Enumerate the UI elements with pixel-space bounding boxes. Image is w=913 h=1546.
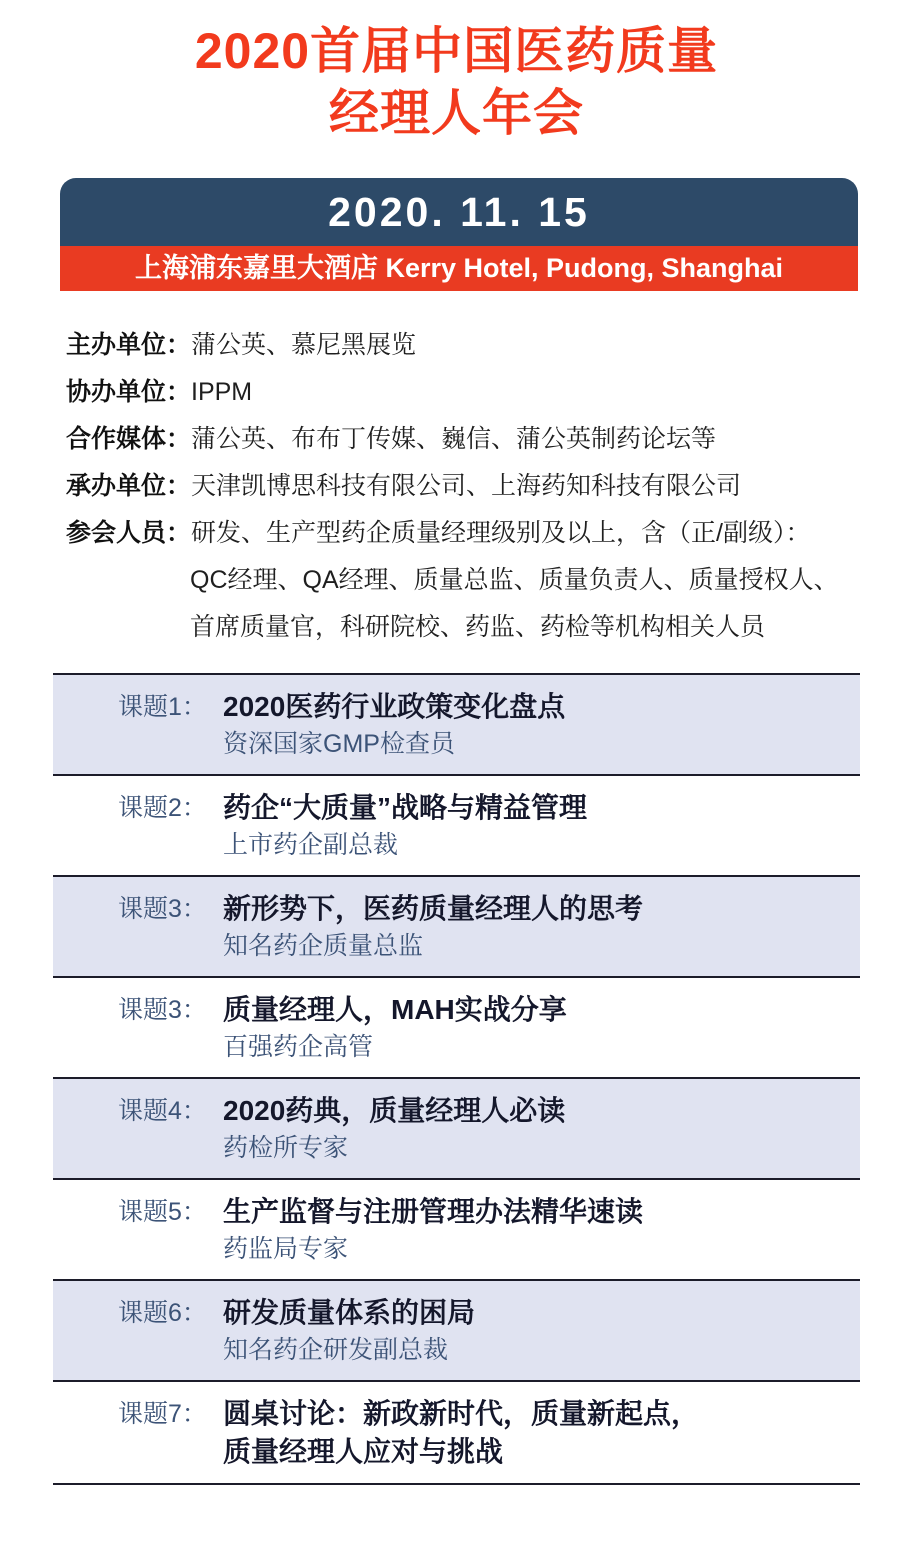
topic-title-line-2: 质量经理人应对与挑战 <box>223 1433 699 1471</box>
info-label-cohost: 协办单位： <box>66 369 191 416</box>
topic-row-3: 课题3： 新形势下，医药质量经理人的思考 知名药企质量总监 <box>53 875 860 976</box>
page-title-line-1: 2020首届中国医药质量 <box>0 20 913 82</box>
topic-title: 生产监督与注册管理办法精华速读 <box>223 1193 643 1231</box>
topic-row-8: 课题7： 圆桌讨论：新政新时代，质量新起点， 质量经理人应对与挑战 <box>53 1380 860 1483</box>
topic-title: 质量经理人，MAH实战分享 <box>223 991 567 1029</box>
info-value-participants-3: 首席质量官，科研院校、药监、药检等机构相关人员 <box>190 604 765 651</box>
topic-list: 课题1： 2020医药行业政策变化盘点 资深国家GMP检查员 课题2： 药企“大… <box>53 673 860 1485</box>
info-line-host: 主办单位： 蒲公英、慕尼黑展览 <box>66 322 866 369</box>
topic-label: 课题4： <box>118 1092 223 1130</box>
info-value-host: 蒲公英、慕尼黑展览 <box>191 322 416 369</box>
topic-inner: 课题2： 药企“大质量”战略与精益管理 上市药企副总裁 <box>118 789 587 863</box>
info-label-media: 合作媒体： <box>66 416 191 463</box>
topic-inner: 课题1： 2020医药行业政策变化盘点 资深国家GMP检查员 <box>118 688 565 762</box>
topic-speaker: 上市药企副总裁 <box>223 827 587 863</box>
topic-label: 课题2： <box>118 789 223 827</box>
topic-body: 2020医药行业政策变化盘点 资深国家GMP检查员 <box>223 688 565 762</box>
topic-row-7: 课题6： 研发质量体系的困局 知名药企研发副总裁 <box>53 1279 860 1380</box>
event-banner: 2020. 11. 15 上海浦东嘉里大酒店 Kerry Hotel, Pudo… <box>60 178 858 291</box>
topic-inner: 课题3： 质量经理人，MAH实战分享 百强药企高管 <box>118 991 567 1065</box>
conference-poster: 2020首届中国医药质量 经理人年会 2020. 11. 15 上海浦东嘉里大酒… <box>0 0 913 1546</box>
topic-body: 圆桌讨论：新政新时代，质量新起点， 质量经理人应对与挑战 <box>223 1395 699 1471</box>
topic-speaker: 药监局专家 <box>223 1231 643 1267</box>
topic-label: 课题3： <box>118 890 223 928</box>
organizer-info: 主办单位： 蒲公英、慕尼黑展览 协办单位： IPPM 合作媒体： 蒲公英、布布丁… <box>66 322 866 651</box>
info-label-spacer <box>66 557 190 604</box>
page-title-line-2: 经理人年会 <box>0 82 913 144</box>
topic-title: 2020药典，质量经理人必读 <box>223 1092 565 1130</box>
topic-row-4: 课题3： 质量经理人，MAH实战分享 百强药企高管 <box>53 976 860 1077</box>
topic-speaker: 百强药企高管 <box>223 1029 567 1065</box>
page-title: 2020首届中国医药质量 经理人年会 <box>0 20 913 144</box>
topic-label: 课题1： <box>118 688 223 726</box>
info-line-participants-cont-2: 首席质量官，科研院校、药监、药检等机构相关人员 <box>66 604 866 651</box>
info-value-cohost: IPPM <box>191 369 252 416</box>
topic-inner: 课题5： 生产监督与注册管理办法精华速读 药监局专家 <box>118 1193 643 1267</box>
info-label-host: 主办单位： <box>66 322 191 369</box>
info-line-participants: 参会人员： 研发、生产型药企质量经理级别及以上，含（正/副级）： <box>66 510 866 557</box>
topic-speaker: 资深国家GMP检查员 <box>223 726 565 762</box>
topic-body: 研发质量体系的困局 知名药企研发副总裁 <box>223 1294 475 1368</box>
topic-body: 药企“大质量”战略与精益管理 上市药企副总裁 <box>223 789 587 863</box>
topic-row-6: 课题5： 生产监督与注册管理办法精华速读 药监局专家 <box>53 1178 860 1279</box>
topic-label: 课题3： <box>118 991 223 1029</box>
topic-row-1: 课题1： 2020医药行业政策变化盘点 资深国家GMP检查员 <box>53 673 860 774</box>
topic-speaker: 知名药企研发副总裁 <box>223 1332 475 1368</box>
info-label-participants: 参会人员： <box>66 510 191 557</box>
topic-inner: 课题6： 研发质量体系的困局 知名药企研发副总裁 <box>118 1294 475 1368</box>
info-value-participants: 研发、生产型药企质量经理级别及以上，含（正/副级）： <box>191 510 810 557</box>
info-line-media: 合作媒体： 蒲公英、布布丁传媒、巍信、蒲公英制药论坛等 <box>66 416 866 463</box>
info-value-undertaker: 天津凯博思科技有限公司、上海药知科技有限公司 <box>191 463 741 510</box>
info-line-undertaker: 承办单位： 天津凯博思科技有限公司、上海药知科技有限公司 <box>66 463 866 510</box>
info-label-spacer <box>66 604 190 651</box>
topic-body: 质量经理人，MAH实战分享 百强药企高管 <box>223 991 567 1065</box>
event-date: 2020. 11. 15 <box>60 178 858 246</box>
topic-title: 2020医药行业政策变化盘点 <box>223 688 565 726</box>
topic-inner: 课题4： 2020药典，质量经理人必读 药检所专家 <box>118 1092 565 1166</box>
topic-body: 新形势下，医药质量经理人的思考 知名药企质量总监 <box>223 890 643 964</box>
topic-speaker: 药检所专家 <box>223 1130 565 1166</box>
topic-row-2: 课题2： 药企“大质量”战略与精益管理 上市药企副总裁 <box>53 774 860 875</box>
topic-title: 研发质量体系的困局 <box>223 1294 475 1332</box>
topic-inner: 课题3： 新形势下，医药质量经理人的思考 知名药企质量总监 <box>118 890 643 964</box>
topic-title: 药企“大质量”战略与精益管理 <box>223 789 587 827</box>
topic-body: 生产监督与注册管理办法精华速读 药监局专家 <box>223 1193 643 1267</box>
topic-label: 课题5： <box>118 1193 223 1231</box>
topic-title: 圆桌讨论：新政新时代，质量新起点， <box>223 1395 699 1433</box>
topic-speaker: 知名药企质量总监 <box>223 928 643 964</box>
info-line-cohost: 协办单位： IPPM <box>66 369 866 416</box>
topic-label: 课题6： <box>118 1294 223 1332</box>
info-value-media: 蒲公英、布布丁传媒、巍信、蒲公英制药论坛等 <box>191 416 716 463</box>
event-venue: 上海浦东嘉里大酒店 Kerry Hotel, Pudong, Shanghai <box>60 246 858 291</box>
info-line-participants-cont-1: QC经理、QA经理、质量总监、质量负责人、质量授权人、 <box>66 557 866 604</box>
topic-label: 课题7： <box>118 1395 223 1433</box>
topic-title: 新形势下，医药质量经理人的思考 <box>223 890 643 928</box>
topic-inner: 课题7： 圆桌讨论：新政新时代，质量新起点， 质量经理人应对与挑战 <box>118 1395 699 1471</box>
info-label-undertaker: 承办单位： <box>66 463 191 510</box>
topic-row-5: 课题4： 2020药典，质量经理人必读 药检所专家 <box>53 1077 860 1178</box>
topic-body: 2020药典，质量经理人必读 药检所专家 <box>223 1092 565 1166</box>
info-value-participants-2: QC经理、QA经理、质量总监、质量负责人、质量授权人、 <box>190 557 839 604</box>
